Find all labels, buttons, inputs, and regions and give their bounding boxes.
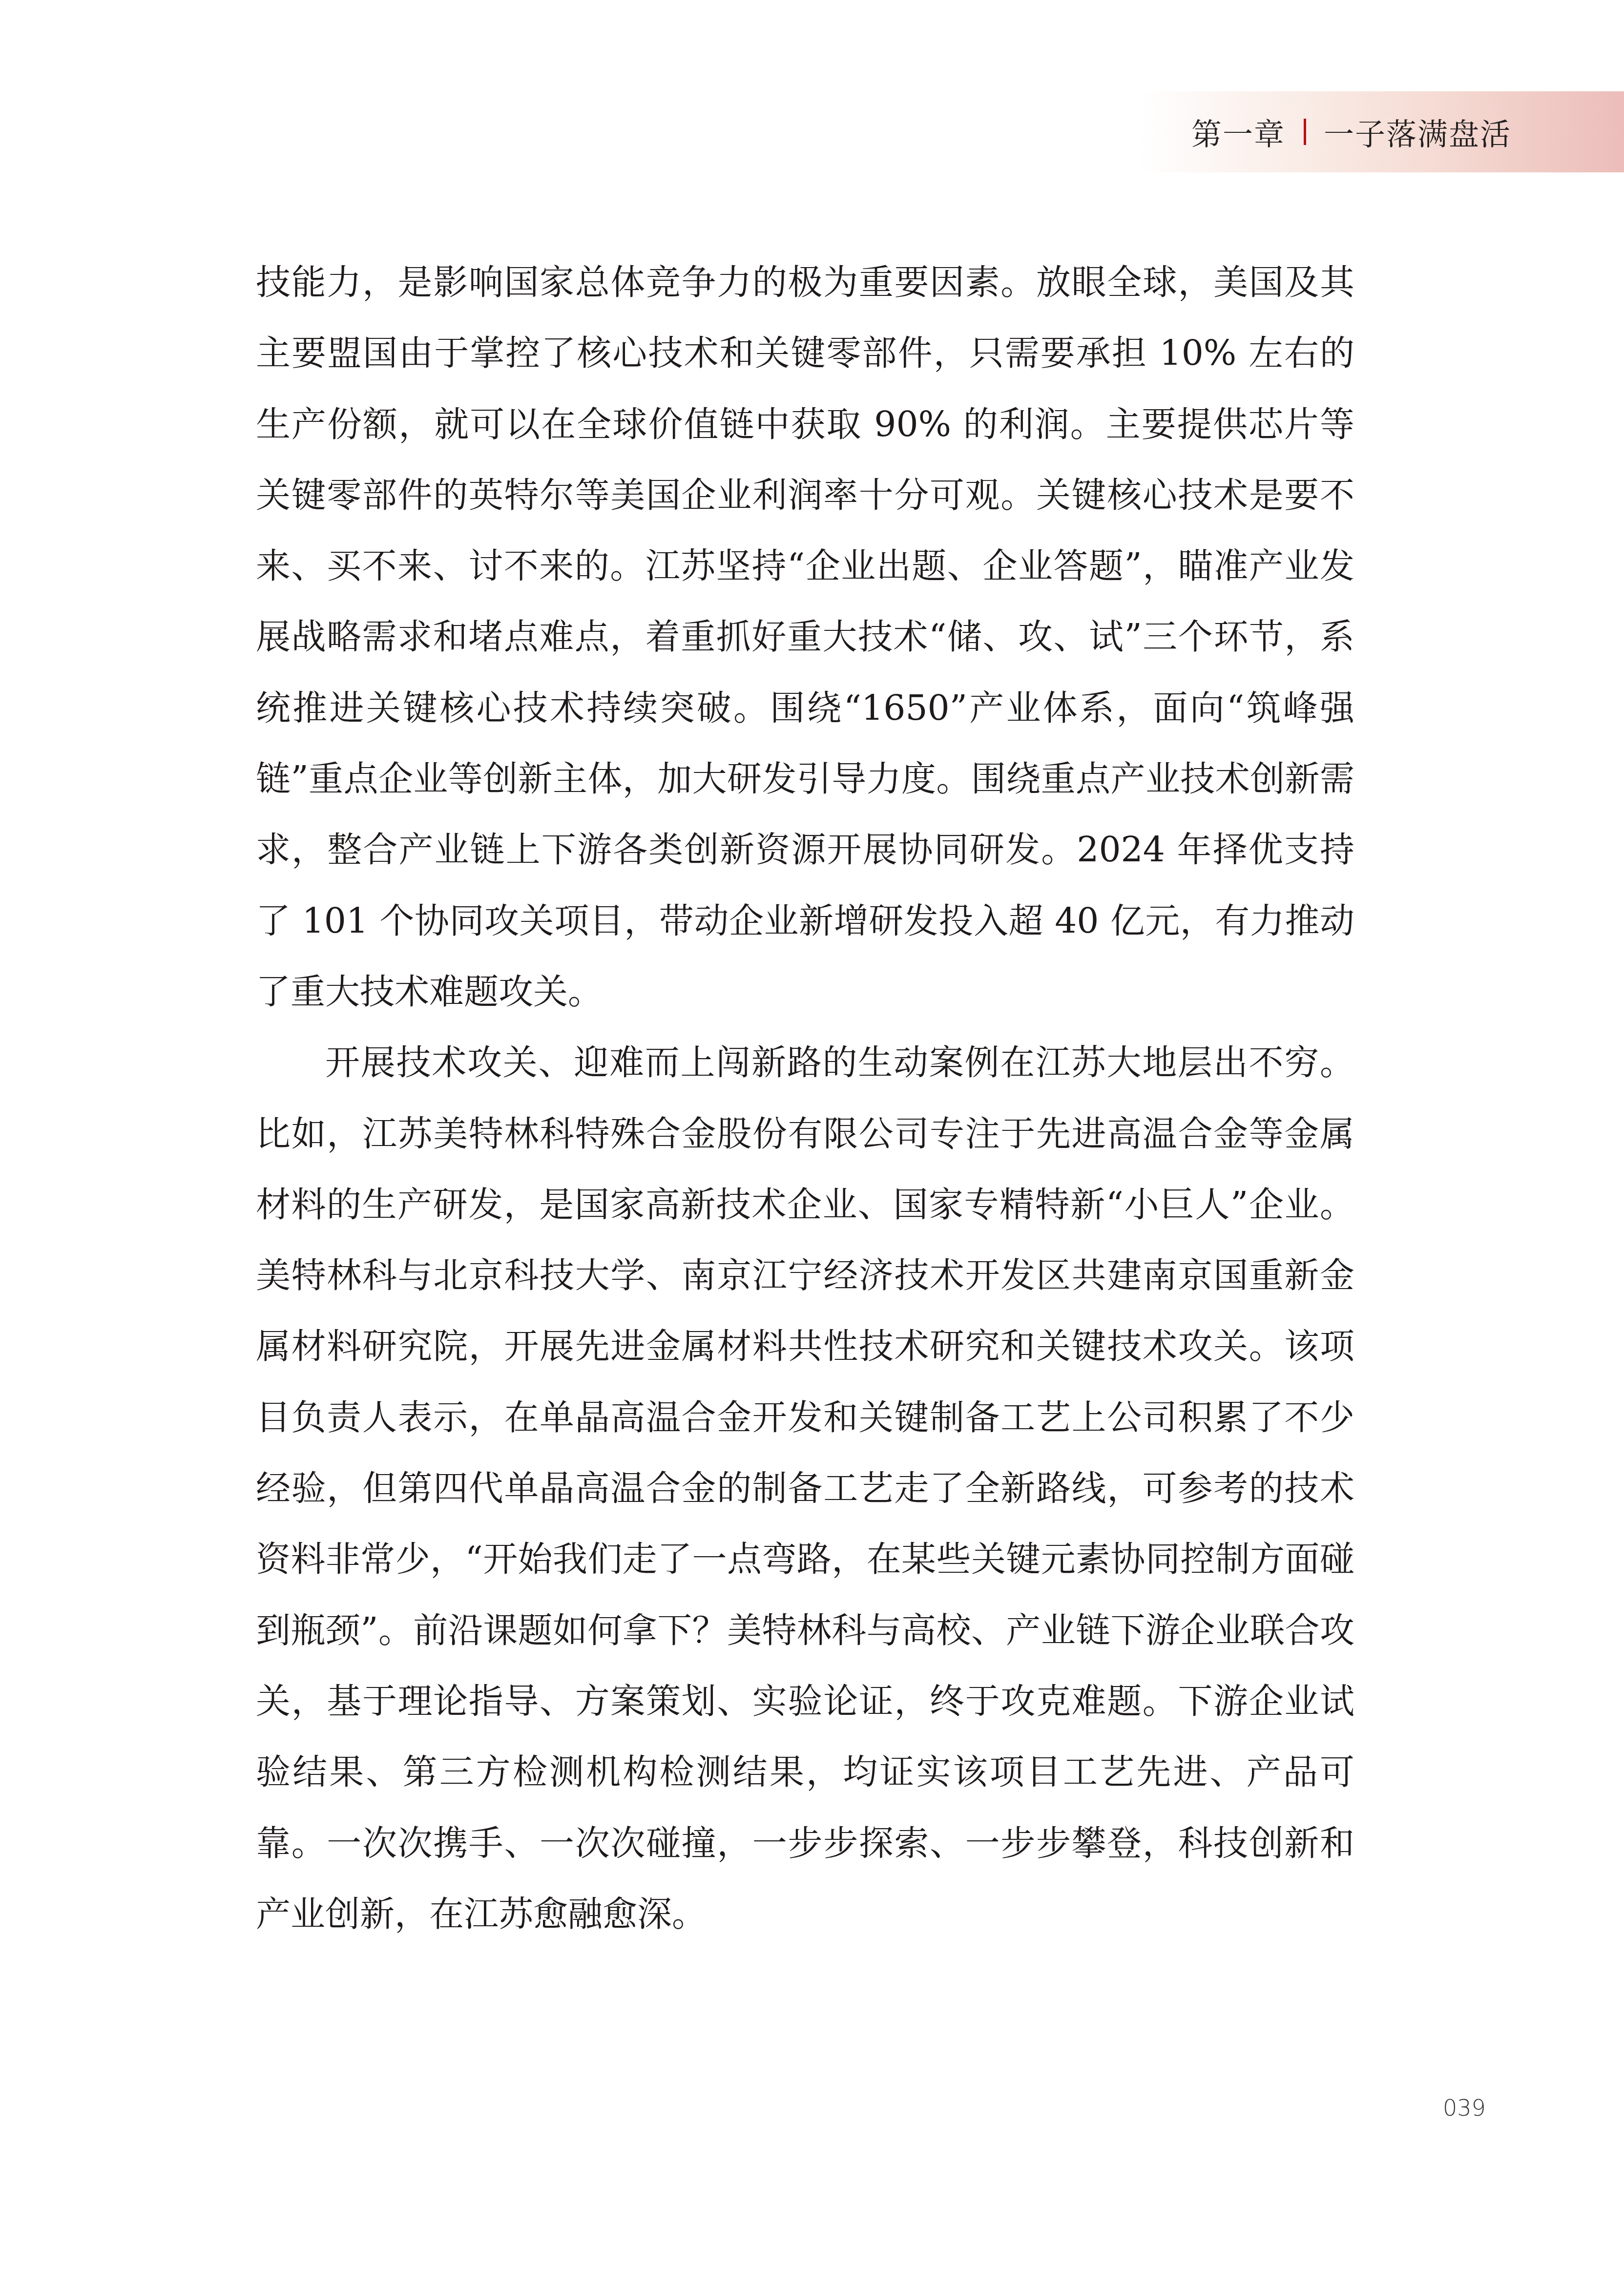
chapter-header: 第一章 一子落满盘活 <box>1191 91 1511 172</box>
paragraph: 开展技术攻关、迎难而上闯新路的生动案例在江苏大地层出不穷。比如，江苏美特林科特殊… <box>256 1027 1354 1949</box>
chapter-number: 第一章 <box>1191 110 1285 154</box>
chapter-title: 一子落满盘活 <box>1324 110 1511 154</box>
page-number: 039 <box>1443 2095 1486 2121</box>
header-separator <box>1304 119 1306 145</box>
body-text: 技能力，是影响国家总体竞争力的极为重要因素。放眼全球，美国及其主要盟国由于掌控了… <box>256 247 1354 1949</box>
paragraph-continued: 技能力，是影响国家总体竞争力的极为重要因素。放眼全球，美国及其主要盟国由于掌控了… <box>256 247 1354 1027</box>
